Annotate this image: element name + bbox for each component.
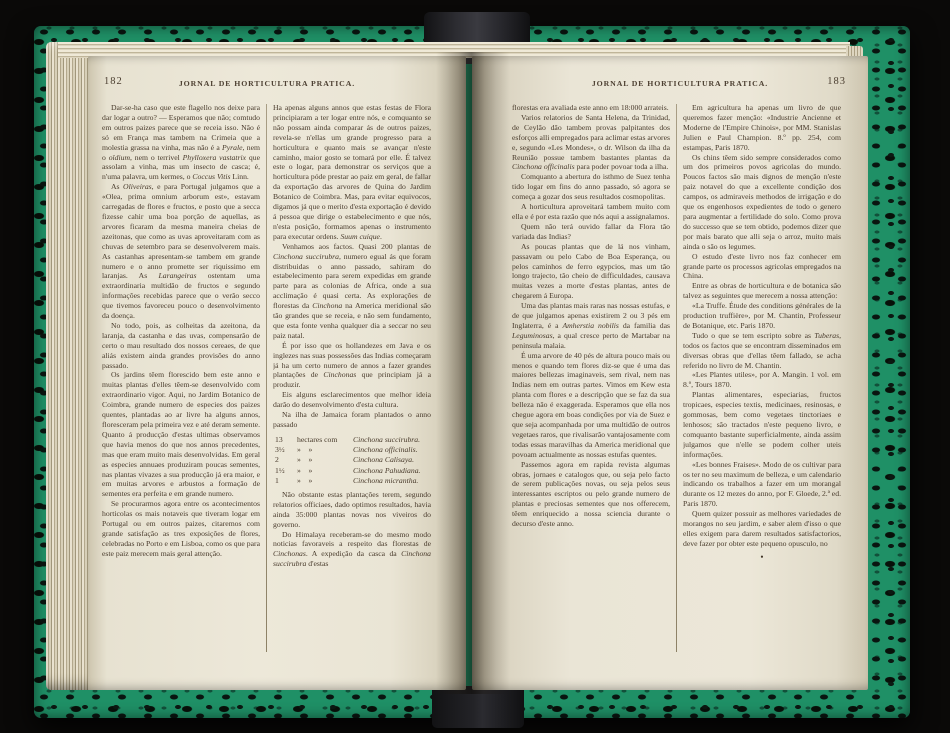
paragraph: Uma das plantas mais raras nas nossas es… [512,301,670,351]
table-cell: 1 [275,476,297,486]
table-cell: » » [297,445,353,455]
table-row: 13hectares comCinchona succirubra. [275,435,431,445]
left-page-content: 182 JORNAL DE HORTICULTURA PRATICA. Dar-… [102,76,432,676]
table-cell: » » [297,455,353,465]
left-col2-intro-paragraphs: Ha apenas alguns annos que estas festas … [273,103,431,430]
table-cell: 13 [275,435,297,445]
right-page-content: JORNAL DE HORTICULTURA PRATICA. 183 flor… [512,76,848,676]
paragraph: Venhamos aos factos. Quasi 200 plantas d… [273,242,431,341]
left-running-title: JORNAL DE HORTICULTURA PRATICA. [102,79,432,88]
paragraph: Os chins têem sido sempre considerados c… [683,153,841,252]
paragraph: Ha apenas alguns annos que estas festas … [273,103,431,242]
table-cell: » » [297,476,353,486]
paragraph: Não obstante estas plantações terem, seg… [273,490,431,530]
paragraph: Entre as obras de horticultura e de bota… [683,281,841,301]
left-column-rule [266,104,267,652]
left-col2-after-table-paragraphs: Não obstante estas plantações terem, seg… [273,490,431,569]
paragraph: Se procurarmos agora entre os acontecime… [102,499,260,558]
paragraph: Comquanto a abertura do isthmo de Suez t… [512,172,670,202]
table-row: 1» »Cinchona micrantha. [275,476,431,486]
table-row: 1½» »Cinchona Pahudiana. [275,466,431,476]
right-page-column-2: Em agricultura ha apenas um livro de que… [683,103,841,655]
paragraph: Em agricultura ha apenas um livro de que… [683,103,841,153]
paragraph: «Les bonnes Fraises». Modo de os cultiva… [683,460,841,510]
paragraph: Os jardins têem florescido bem este anno… [102,370,260,499]
right-column-rule [676,104,677,652]
right-page: JORNAL DE HORTICULTURA PRATICA. 183 flor… [472,56,868,690]
paragraph: florestas era avaliada este anno em 18:0… [512,103,670,113]
paragraph: Quem não terá ouvido fallar da Flora tão… [512,222,670,242]
table-cell: hectares com [297,435,353,445]
table-cell: Cinchona succirubra. [353,435,420,445]
table-row: 3½» »Cinchona officinalis. [275,445,431,455]
paragraph: Dar-se-ha caso que este flagello nos dei… [102,103,260,182]
paragraph: As poucas plantas que de lá nos vinham, … [512,242,670,301]
paragraph: Varios relatorios de Santa Helena, da Tr… [512,113,670,172]
paragraph: Tudo o que se tem escripto sobre as Tube… [683,331,841,371]
right-page-columns: florestas era avaliada este anno em 18:0… [512,103,848,655]
paragraph: O estudo d'este livro nos faz conhecer e… [683,252,841,282]
paragraph: Eis alguns esclarecimentos que melhor id… [273,390,431,410]
paragraph: «La Truffe. Étude des conditions général… [683,301,841,331]
table-cell: 2 [275,455,297,465]
right-col2-paragraphs: Em agricultura ha apenas um livro de que… [683,103,841,549]
table-cell: Cinchona officinalis. [353,445,418,455]
right-page-header: JORNAL DE HORTICULTURA PRATICA. 183 [512,76,848,92]
left-page-header: 182 JORNAL DE HORTICULTURA PRATICA. [102,76,432,92]
paragraph: É uma arvore de 40 pés de altura pouco m… [512,351,670,460]
table-cell: Cinchona Pahudiana. [353,466,420,476]
table-cell: Cinchona Calisaya. [353,455,414,465]
end-ornament: • [683,553,841,562]
paragraph: «Les Plantes utiles», por A. Mangin. 1 v… [683,370,841,390]
paragraph: Quem quizer possuir as melhores variedad… [683,509,841,549]
right-col1-paragraphs: florestas era avaliada este anno em 18:0… [512,103,670,529]
table-cell: 1½ [275,466,297,476]
paragraph: No todo, pois, as colheitas da azeitona,… [102,321,260,371]
left-page-columns: Dar-se-ha caso que este flagello nos dei… [102,103,432,655]
paragraph: Do Himalaya receberam-se do mesmo modo n… [273,530,431,570]
right-page-column-1: florestas era avaliada este anno em 18:0… [512,103,670,655]
paragraph: Plantas alimentares, especiarias, fructo… [683,390,841,459]
left-col1-paragraphs: Dar-se-ha caso que este flagello nos dei… [102,103,260,559]
table-cell: 3½ [275,445,297,455]
paragraph: Na ilha de Jamaica foram plantados o ann… [273,410,431,430]
table-cell: » » [297,466,353,476]
paragraph: A horticultura aproveitará tambem muito … [512,202,670,222]
paragraph: É por isso que os hollandezes em Java e … [273,341,431,391]
paragraph: As Oliveiras, e para Portugal julgamos q… [102,182,260,321]
left-page-column-1: Dar-se-ha caso que este flagello nos dei… [102,103,260,655]
cinchona-plantings-table: 13hectares comCinchona succirubra.3½» »C… [275,435,431,486]
right-page-number: 183 [827,76,846,87]
spine-tail-bottom [432,686,524,728]
left-page: 182 JORNAL DE HORTICULTURA PRATICA. Dar-… [88,56,466,690]
paragraph: Passemos agora em rapida revista algumas… [512,460,670,529]
table-cell: Cinchona micrantha. [353,476,418,486]
page-stack-left-edge [46,42,92,690]
right-running-title: JORNAL DE HORTICULTURA PRATICA. [512,79,848,88]
table-row: 2» »Cinchona Calisaya. [275,455,431,465]
left-page-column-2: Ha apenas alguns annos que estas festas … [273,103,431,655]
